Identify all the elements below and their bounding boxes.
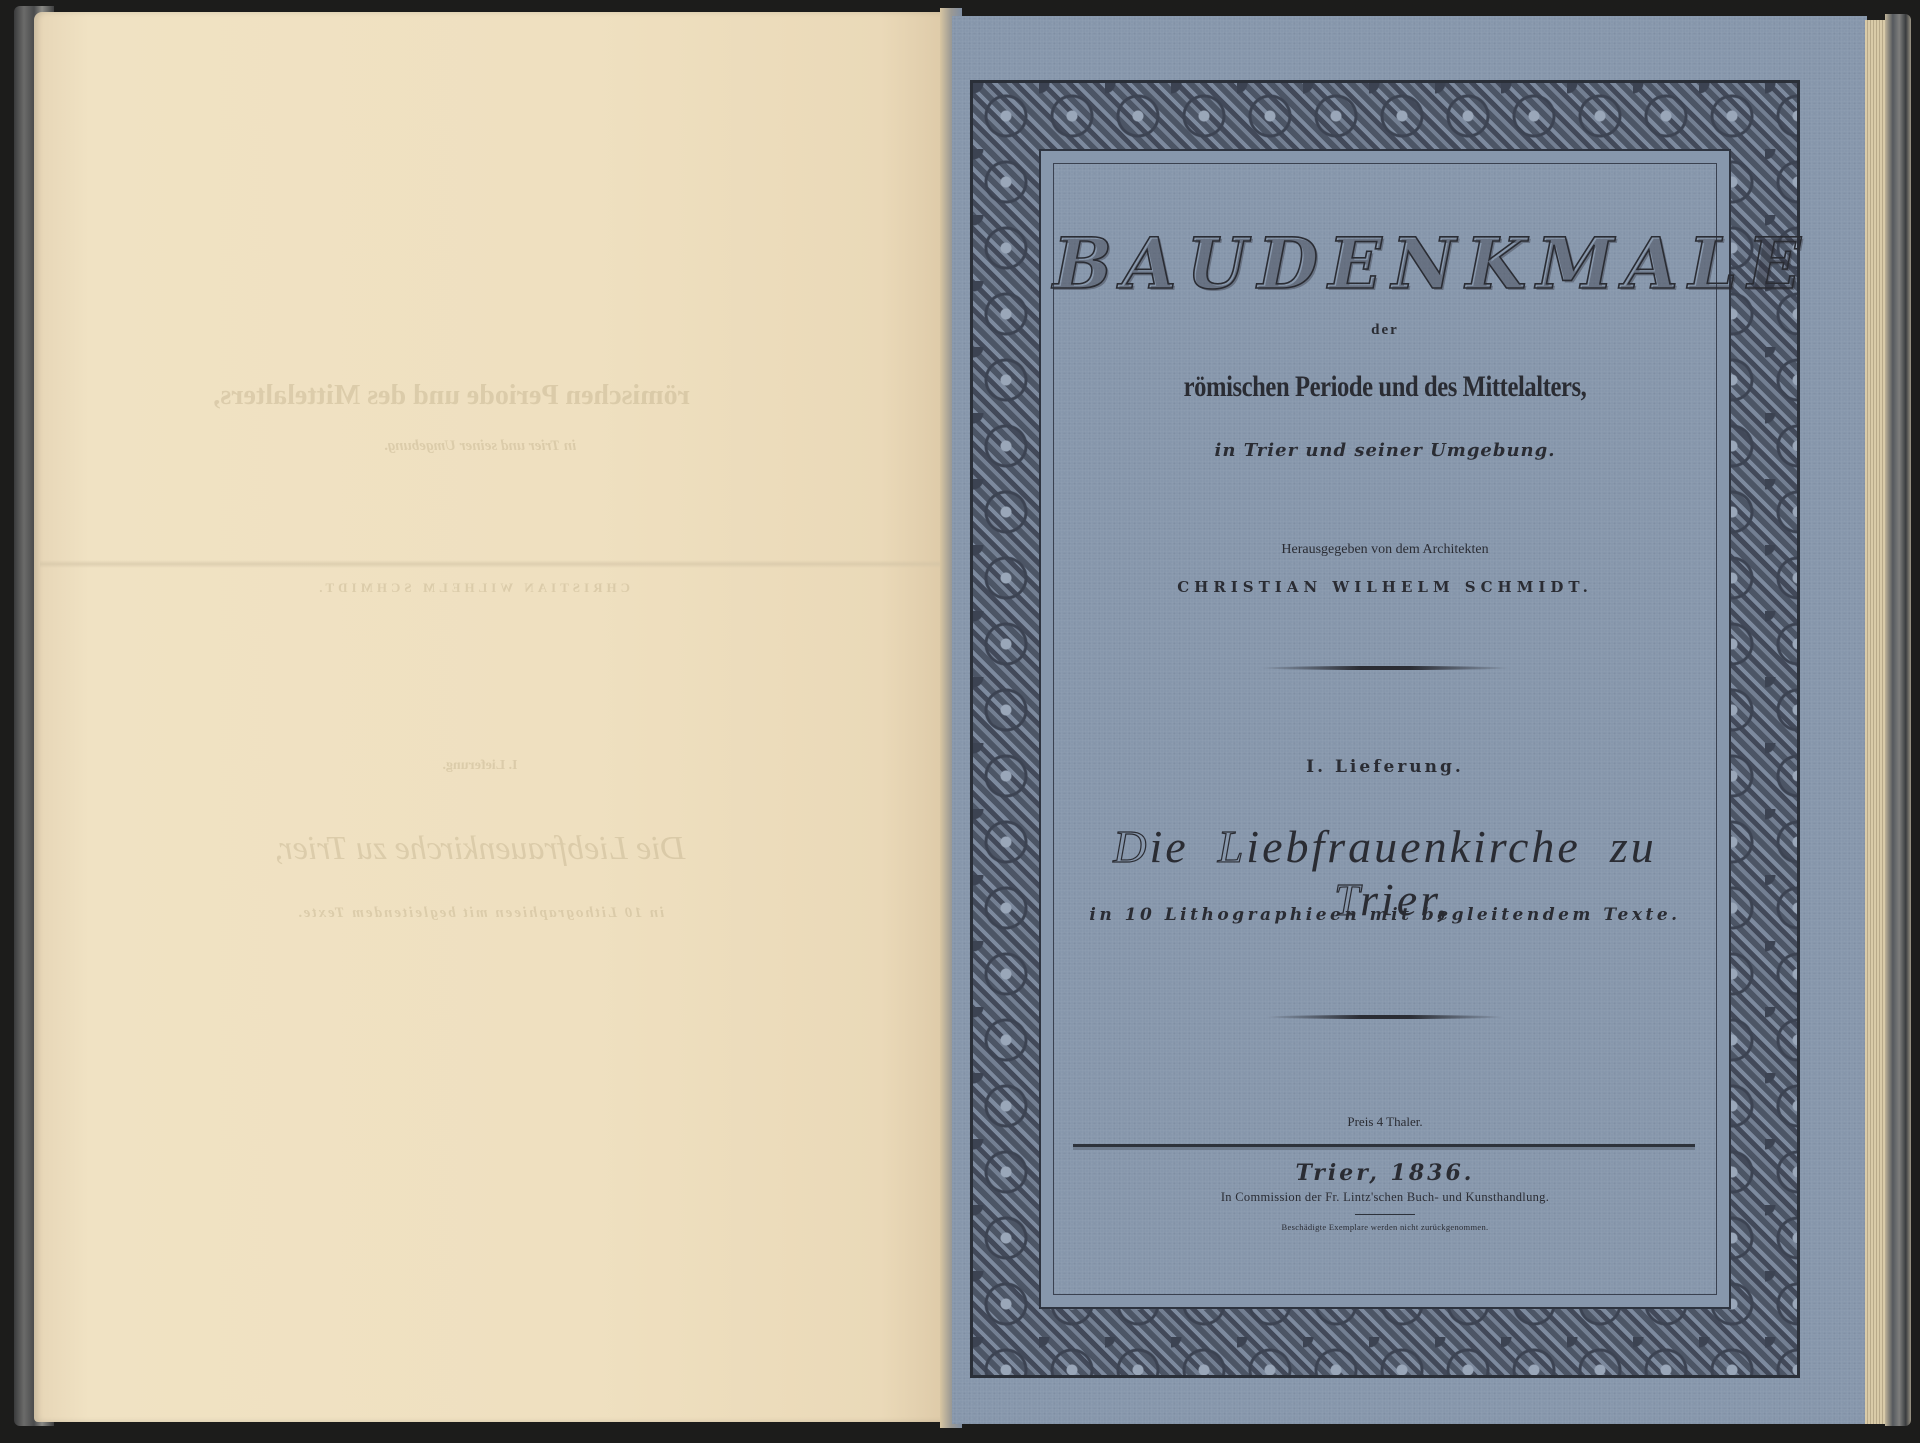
church-word-ie: ie (1150, 821, 1189, 872)
showthrough-line: Die Liebfrauenkirche zu Trier, (220, 830, 740, 868)
showthrough-line: I. Lieferung. (380, 758, 580, 774)
publisher-commission: In Commission der Fr. Lintz'schen Buch- … (1053, 1190, 1717, 1205)
subtitle-periods: römischen Periode und des Mittelalters, (1113, 370, 1657, 404)
church-initial-d: D (1113, 821, 1149, 872)
author-name: CHRISTIAN WILHELM SCHMIDT. (1053, 578, 1717, 596)
left-page-fold-line (40, 560, 940, 568)
main-title: BAUDENKMALE (1053, 222, 1717, 305)
title-connector: der (1053, 322, 1717, 339)
ornamental-divider-top (1260, 666, 1510, 670)
church-initial-l: L (1218, 821, 1247, 872)
editor-intro: Herausgegeben von dem Architekten (1053, 542, 1717, 558)
church-word-zu: zu (1610, 821, 1657, 872)
ornamental-divider-bottom (1265, 1015, 1505, 1019)
part-number: I. Lieferung. (1053, 757, 1717, 777)
short-rule (1355, 1214, 1415, 1215)
price: Preis 4 Thaler. (1053, 1114, 1717, 1130)
page-edges (1865, 20, 1887, 1424)
showthrough-line: römischen Periode und des Mittelalters, (270, 380, 690, 412)
showthrough-line: CHRISTIAN WILHELM SCHMIDT. (330, 580, 630, 596)
church-word-liebfrauenkirche: iebfrauenkirche (1246, 821, 1581, 872)
left-page (34, 12, 954, 1422)
right-cover-board (1885, 14, 1911, 1426)
double-rule-shadow (1073, 1147, 1695, 1150)
showthrough-line: in Trier und seiner Umgebung. (330, 438, 630, 455)
lithographs-line: in 10 Lithographieen mit begleitendem Te… (1053, 905, 1717, 925)
showthrough-line: in 10 Lithographieen mit begleitendem Te… (200, 905, 760, 922)
damaged-copies-notice: Beschädigte Exemplare werden nicht zurüc… (1053, 1222, 1717, 1232)
subtitle-location: in Trier und seiner Umgebung. (1053, 440, 1717, 461)
place-and-year: Trier, 1836. (1053, 1160, 1717, 1186)
